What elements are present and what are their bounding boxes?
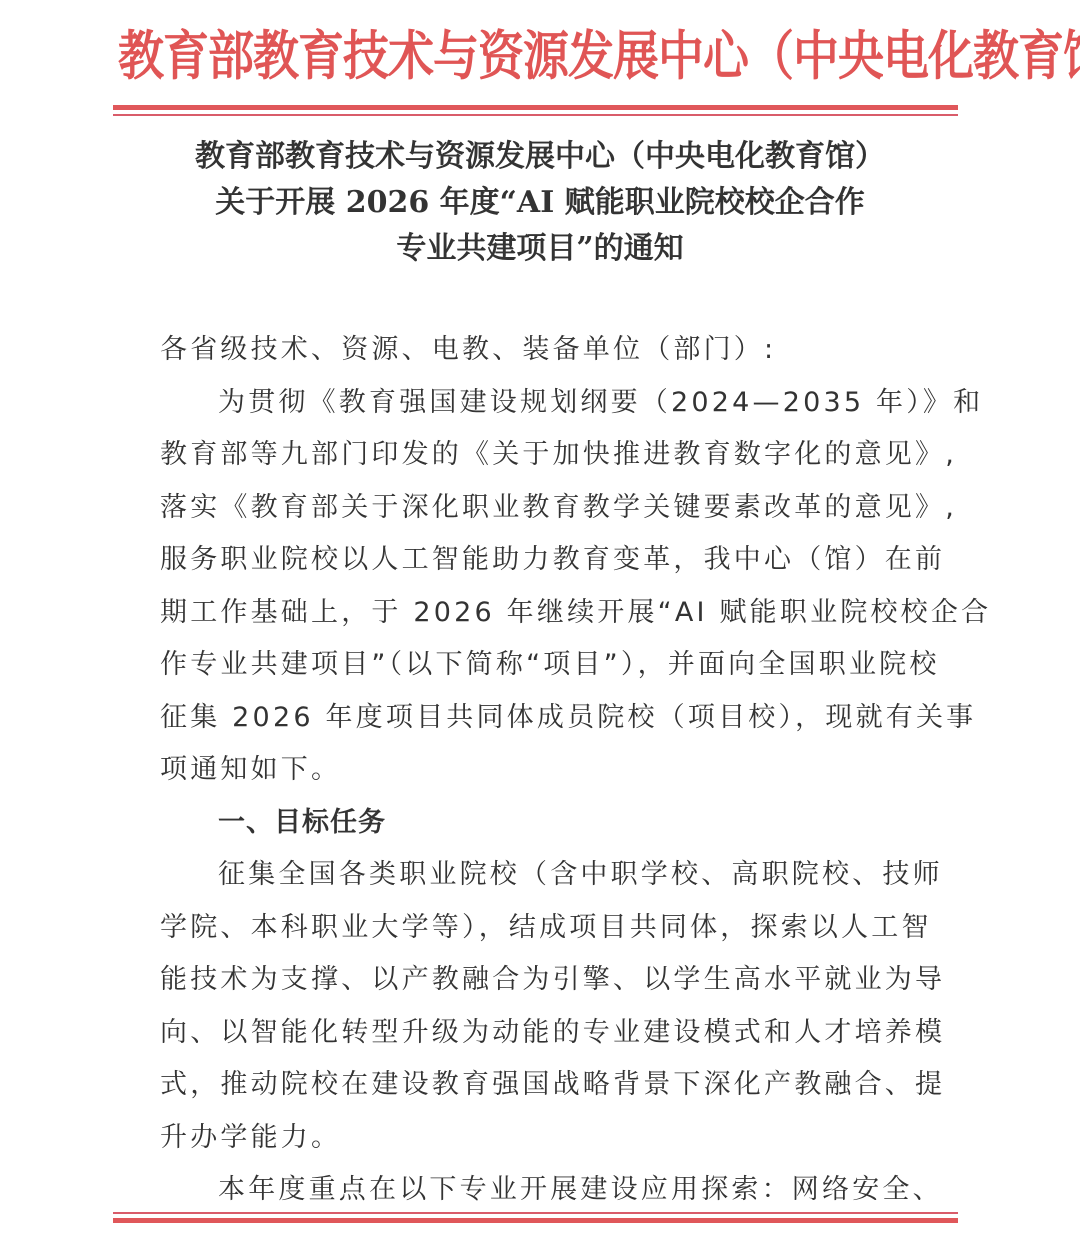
paragraph-line: 征集 2026 年度项目共同体成员院校（项目校），现就有关事 xyxy=(160,692,920,745)
paragraph-line: 向、以智能化转型升级为动能的专业建设模式和人才培养模 xyxy=(160,1007,920,1060)
top-red-rule-thick xyxy=(113,105,958,110)
bottom-red-rule-thin xyxy=(113,1212,958,1214)
paragraph-line: 作专业共建项目”（以下简称“项目”），并面向全国职业院校 xyxy=(160,639,920,692)
paragraph-line: 期工作基础上，于 2026 年继续开展“AI 赋能职业院校校企合 xyxy=(160,587,920,640)
title-line-1: 教育部教育技术与资源发展中心（中央电化教育馆） xyxy=(140,134,940,180)
paragraph-line: 能技术为支撑、以产教融合为引擎、以学生高水平就业为导 xyxy=(160,954,920,1007)
top-red-rule-thin xyxy=(113,114,958,116)
paragraph-line: 征集全国各类职业院校（含中职学校、高职院校、技师 xyxy=(160,849,920,902)
paragraph-line: 升办学能力。 xyxy=(160,1112,920,1165)
paragraph-line: 式，推动院校在建设教育强国战略背景下深化产教融合、提 xyxy=(160,1059,920,1112)
paragraph-line: 教育部等九部门印发的《关于加快推进教育数字化的意见》, xyxy=(160,429,920,482)
title-line-3: 专业共建项目”的通知 xyxy=(140,226,940,272)
salutation: 各省级技术、资源、电教、装备单位（部门）: xyxy=(160,324,920,377)
paragraph-line: 项通知如下。 xyxy=(160,744,920,797)
title-line-2: 关于开展 2026 年度“AI 赋能职业院校校企合作 xyxy=(140,180,940,226)
section-heading: 一、目标任务 xyxy=(160,797,920,850)
paragraph-line: 落实《教育部关于深化职业教育教学关键要素改革的意见》, xyxy=(160,482,920,535)
letterhead-title: 教育部教育技术与资源发展中心（中央电化教育馆）函件 xyxy=(118,14,948,97)
document-body: 各省级技术、资源、电教、装备单位（部门）: 为贯彻《教育强国建设规划纲要（202… xyxy=(160,324,920,1217)
paragraph-line: 服务职业院校以人工智能助力教育变革，我中心（馆）在前 xyxy=(160,534,920,587)
paragraph-line: 为贯彻《教育强国建设规划纲要（2024—2035 年）》和 xyxy=(160,377,920,430)
bottom-red-rule-thick xyxy=(113,1218,958,1223)
paragraph-line: 学院、本科职业大学等），结成项目共同体，探索以人工智 xyxy=(160,902,920,955)
paragraph-line: 本年度重点在以下专业开展建设应用探索：网络安全、 xyxy=(160,1164,920,1217)
document-title: 教育部教育技术与资源发展中心（中央电化教育馆） 关于开展 2026 年度“AI … xyxy=(140,134,940,272)
